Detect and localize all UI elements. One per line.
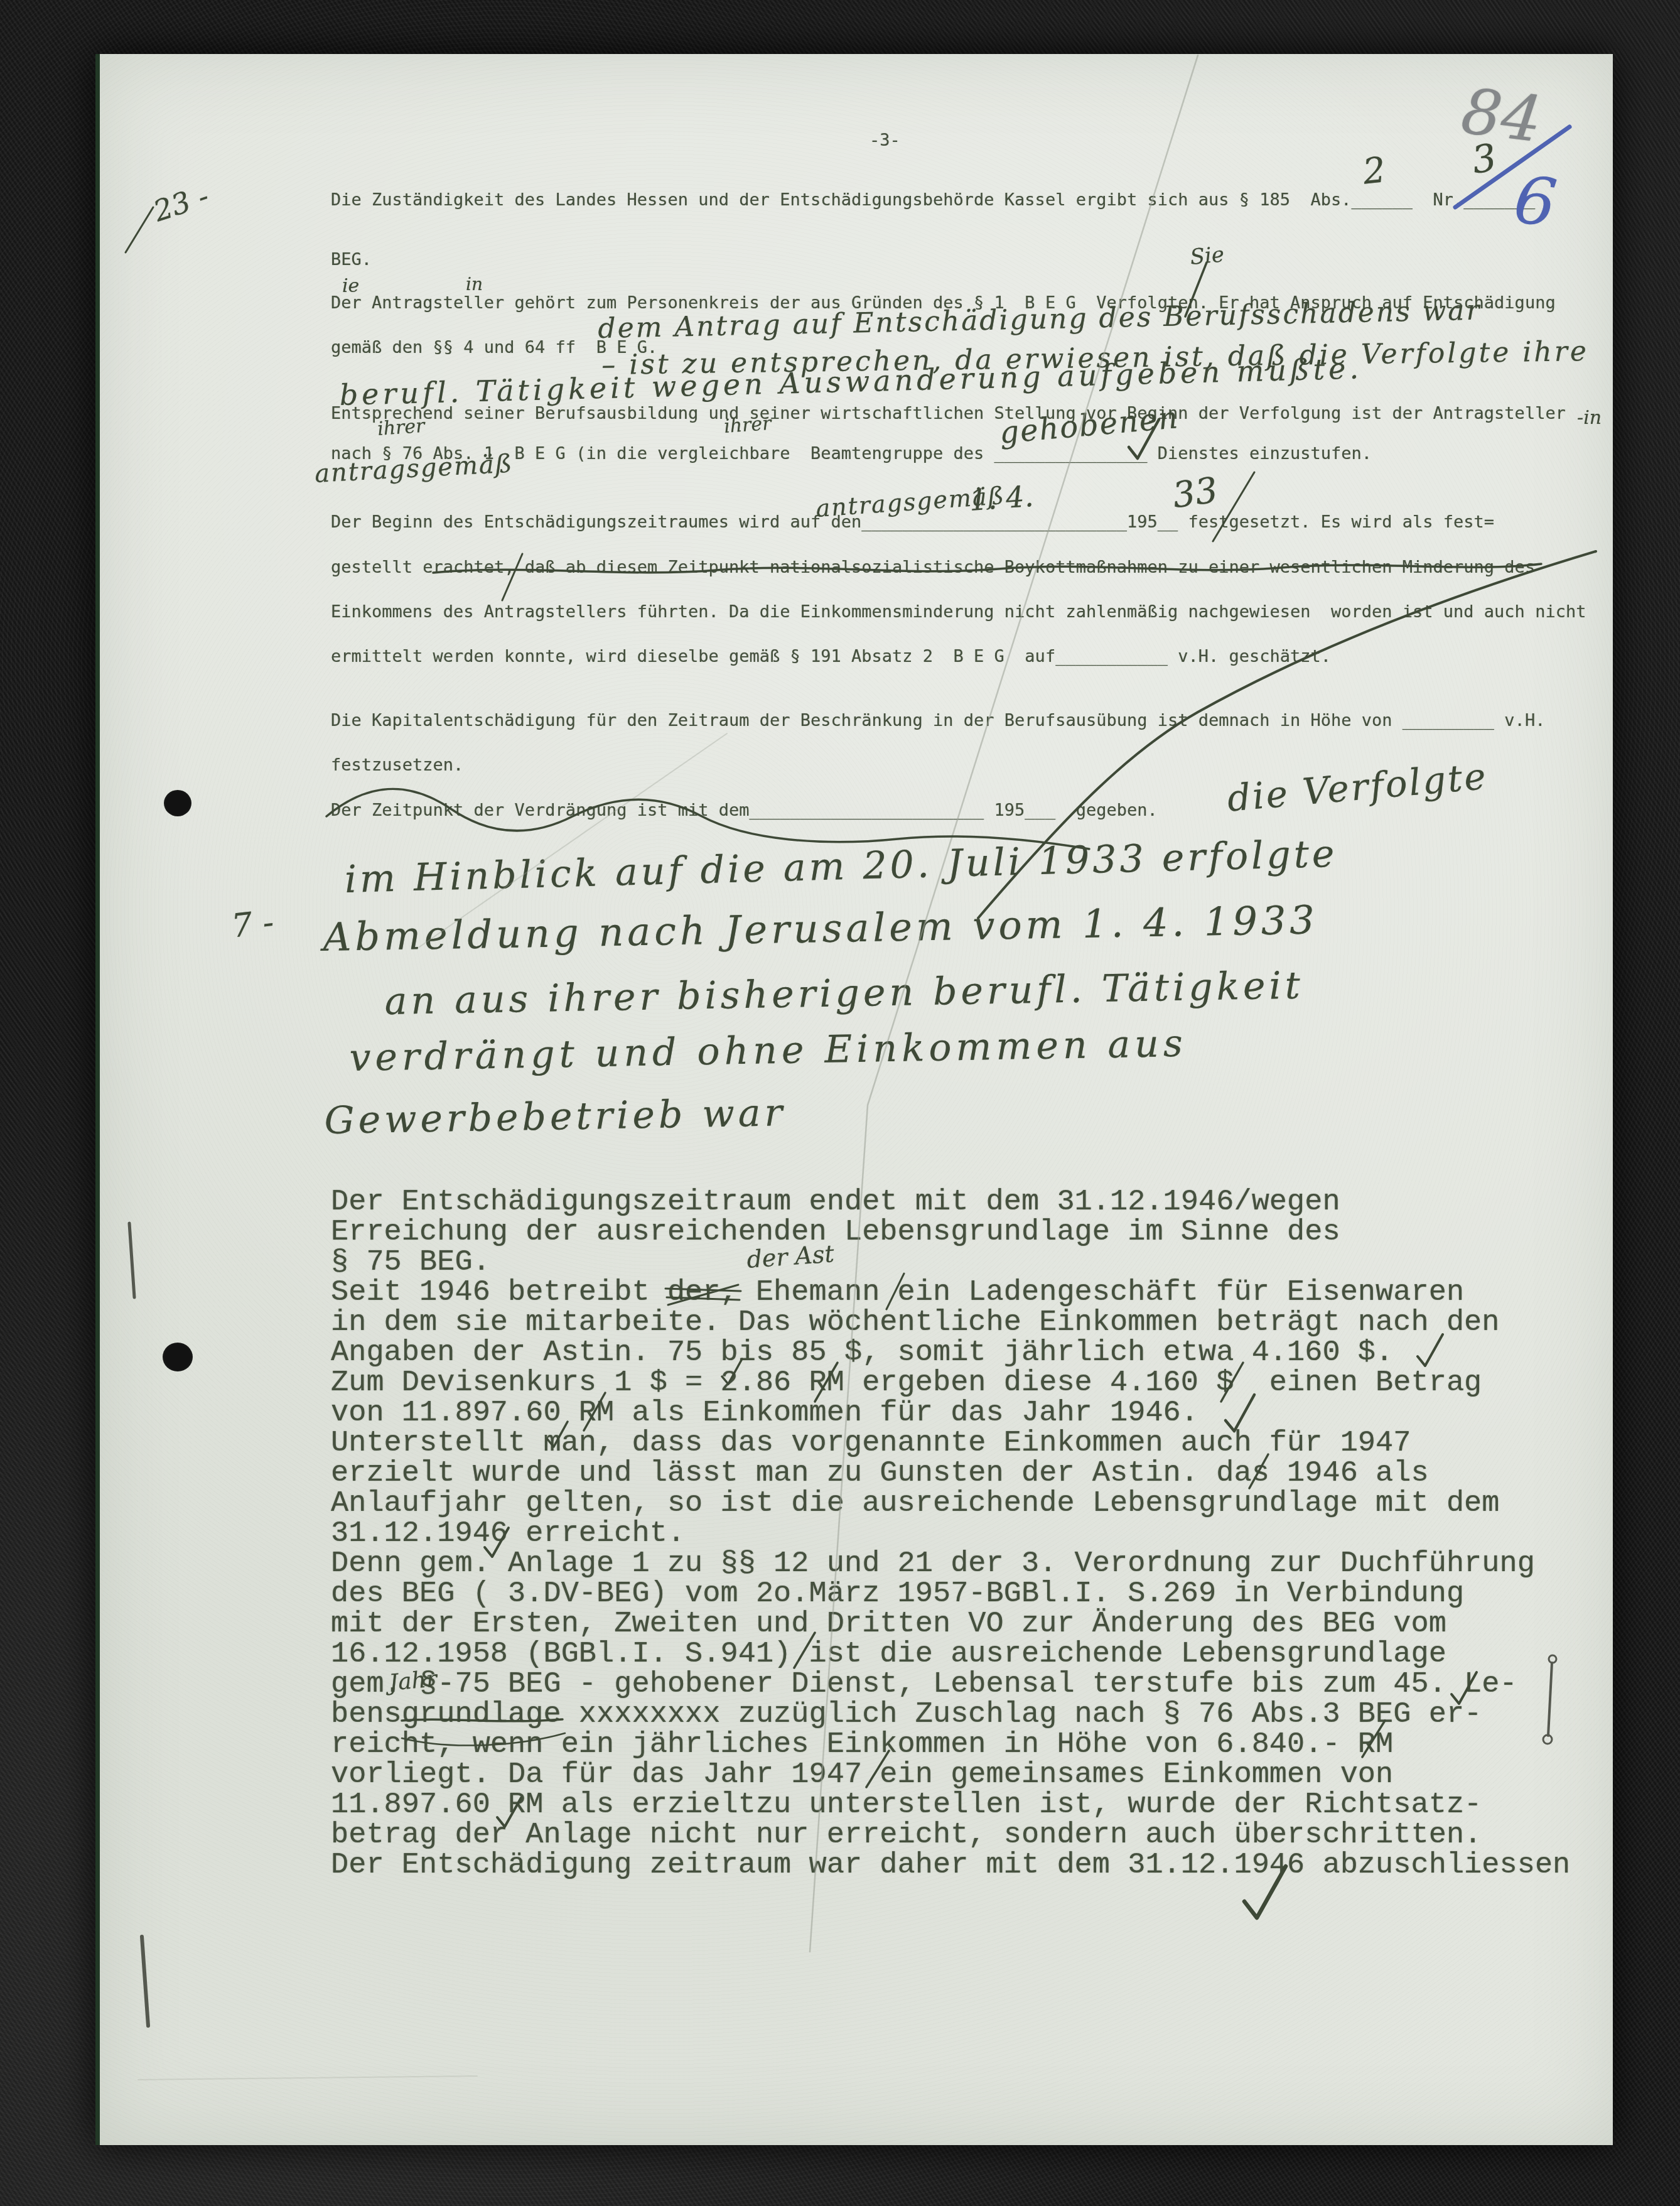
- typed-line-lower-23: Der Entschädigung zeitraum war daher mit…: [331, 1851, 1570, 1881]
- typed-line-gestellt: gestellt erachtet, daß ab diesem Zeitpun…: [331, 558, 1535, 578]
- typed-line-lower-20: vorliegt. Da für das Jahr 1947 ein gemei…: [331, 1760, 1393, 1790]
- typed-line-lower-8: von 11.897.60 RM als Einkommen für das J…: [331, 1398, 1198, 1429]
- typed-line-lower-4: Seit 1946 betreibt der, Ehemann ein Lade…: [331, 1278, 1464, 1308]
- typed-line-einkommens: Einkommens des Antragstellers führten. D…: [331, 602, 1586, 622]
- typed-line-lower-1: Der Entschädigungszeitraum endet mit dem…: [331, 1187, 1340, 1218]
- typed-line-beg: BEG.: [331, 250, 372, 270]
- typed-line-lower-22: betrag der Anlage nicht nur erreicht, so…: [331, 1820, 1482, 1851]
- typed-line-lower-5: in dem sie mitarbeite. Das wöchentliche …: [331, 1308, 1500, 1338]
- typed-line-zustaendigkeit: Die Zuständigkeit des Landes Hessen und …: [331, 190, 1535, 210]
- page-number: -3-: [870, 131, 900, 151]
- typed-line-lower-21: 11.897.60 RM als erzieltzu unterstellen …: [331, 1790, 1482, 1820]
- typed-line-verdraengung: Der Zeitpunkt der Verdrängung ist mit de…: [331, 801, 1158, 821]
- typed-line-lower-14: des BEG ( 3.DV-BEG) vom 2o.März 1957-BGB…: [331, 1579, 1464, 1609]
- hw-jahr: Jahr: [388, 1666, 438, 1695]
- typed-line-lower-12: 31.12.1946 erreicht.: [331, 1519, 685, 1549]
- hw-date-value: 1. 4.: [968, 479, 1035, 517]
- hw-in: in: [466, 274, 483, 295]
- typed-line-lower-17: gem. §-75 BEG - gehobener Dienst, Lebens…: [331, 1670, 1517, 1700]
- hw-suffix-in: -in: [1577, 407, 1602, 429]
- punch-hole-bottom: [163, 1343, 193, 1371]
- typed-line-ermittelt: ermittelt werden konnte, wird dieselbe g…: [331, 647, 1331, 667]
- typed-line-lower-19: reicht, wenn ein jährliches Einkommen in…: [331, 1730, 1393, 1760]
- hw-ie: ie: [342, 275, 359, 297]
- hw-sie: Sie: [1189, 242, 1225, 270]
- hw-abs-value: 2: [1361, 149, 1387, 192]
- hw-year-overwrite: 33: [1170, 470, 1220, 516]
- hw-margin-7: 7 -: [230, 904, 276, 946]
- punch-hole-top: [164, 790, 191, 816]
- typed-line-lower-7: Zum Devisenkurs 1 $ = 2.86 RM ergeben di…: [331, 1368, 1482, 1398]
- typed-line-festzusetzen: festzusetzen.: [331, 755, 463, 776]
- typed-line-lower-10: erzielt wurde und lässt man zu Gunsten d…: [331, 1459, 1429, 1489]
- typed-line-lower-6: Angaben der Astin. 75 bis 85 $, somit jä…: [331, 1338, 1393, 1368]
- typed-line-lower-9: Unterstellt man, dass das vorgenannte Ei…: [331, 1429, 1411, 1459]
- hw-ihrer-2: ihrer: [723, 413, 772, 438]
- typed-line-lower-2: Erreichung der ausreichenden Lebensgrund…: [331, 1218, 1340, 1248]
- typed-line-lower-13: Denn gem. Anlage 1 zu §§ 12 und 21 der 3…: [331, 1549, 1535, 1579]
- typed-line-lower-11: Anlaufjahr gelten, so ist die ausreichen…: [331, 1489, 1500, 1519]
- scanned-document-photo: { "colors": { "paper": "#e3e6df", "ink_t…: [0, 0, 1680, 2206]
- typed-line-kapital: Die Kapitalentschädigung für den Zeitrau…: [331, 711, 1545, 731]
- hw-ihrer-1: ihrer: [377, 415, 426, 440]
- typed-line-lower-15: mit der Ersten, Zweiten und Dritten VO z…: [331, 1609, 1446, 1640]
- typed-line-lower-18: bensgrundlage xxxxxxxx zuzüglich Zuschla…: [331, 1700, 1482, 1730]
- typed-line-lower-3: § 75 BEG.: [331, 1248, 490, 1278]
- typed-line-lower-16: 16.12.1958 (BGBl.I. S.941) ist die ausre…: [331, 1640, 1446, 1670]
- hw-block-line-5: Gewerbebetrieb war: [324, 1091, 787, 1143]
